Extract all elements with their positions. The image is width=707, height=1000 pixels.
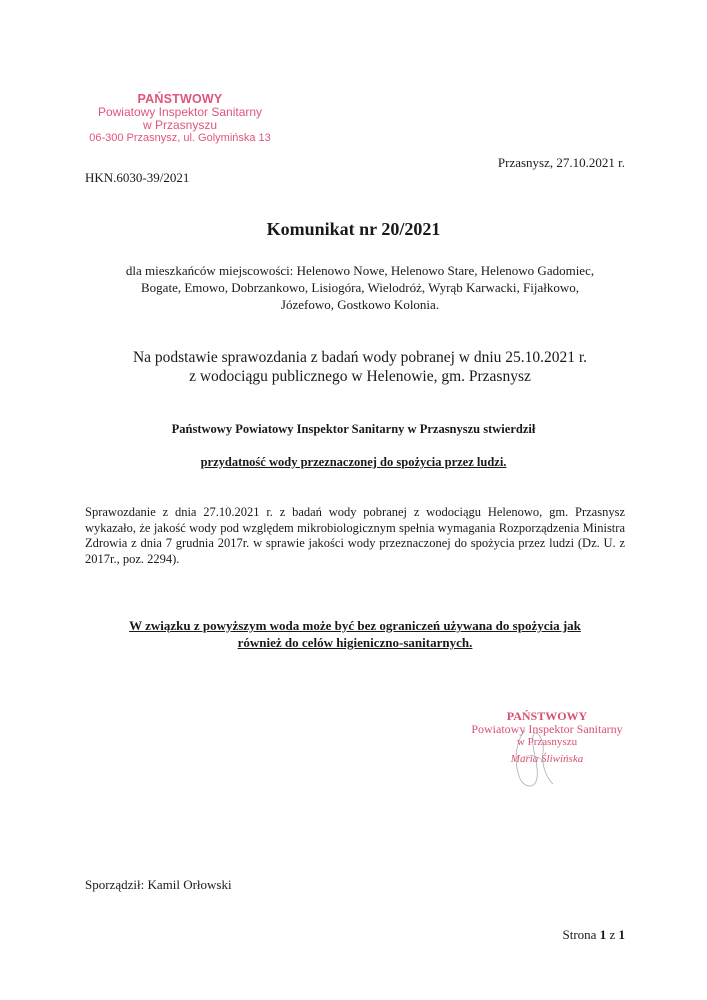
place-date: Przasnysz, 27.10.2021 r. xyxy=(498,155,625,171)
page-prefix: Strona xyxy=(563,927,597,942)
fitness-statement: przydatność wody przeznaczonej do spożyc… xyxy=(80,455,627,470)
document-title: Komunikat nr 20/2021 xyxy=(0,219,707,240)
page-total: 1 xyxy=(619,927,626,942)
recipients-line1: dla mieszkańców miejscowości: Helenowo N… xyxy=(100,262,620,279)
recipients: dla mieszkańców miejscowości: Helenowo N… xyxy=(100,262,620,313)
basis-statement: Na podstawie sprawozdania z badań wody p… xyxy=(90,348,630,386)
recipients-line2: Bogate, Emowo, Dobrzankowo, Lisiogóra, W… xyxy=(100,279,620,296)
page-separator: z xyxy=(609,927,615,942)
header-stamp-address: 06-300 Przasnysz, ul. Golymińska 13 xyxy=(80,132,280,145)
handwritten-signature-icon xyxy=(495,718,565,798)
basis-line2: z wodociągu publicznego w Helenowie, gm.… xyxy=(90,367,630,386)
recipients-line3: Józefowo, Gostkowo Kolonia. xyxy=(100,296,620,313)
inspector-statement: Państwowy Powiatowy Inspektor Sanitarny … xyxy=(80,422,627,437)
conclusion-line2: również do celów higieniczno-sanitarnych… xyxy=(85,634,625,651)
header-stamp-line3: w Przasnyszu xyxy=(80,119,280,132)
page-number: Strona 1 z 1 xyxy=(563,927,625,943)
header-stamp: PAŃSTWOWY Powiatowy Inspektor Sanitarny … xyxy=(80,93,280,145)
basis-line1: Na podstawie sprawozdania z badań wody p… xyxy=(90,348,630,367)
prepared-by: Sporządził: Kamil Orłowski xyxy=(85,877,232,893)
conclusion-line1: W związku z powyższym woda może być bez … xyxy=(85,617,625,634)
page-current: 1 xyxy=(600,927,607,942)
report-paragraph: Sprawozdanie z dnia 27.10.2021 r. z bada… xyxy=(85,505,625,567)
reference-number: HKN.6030-39/2021 xyxy=(85,170,189,186)
conclusion: W związku z powyższym woda może być bez … xyxy=(85,617,625,651)
